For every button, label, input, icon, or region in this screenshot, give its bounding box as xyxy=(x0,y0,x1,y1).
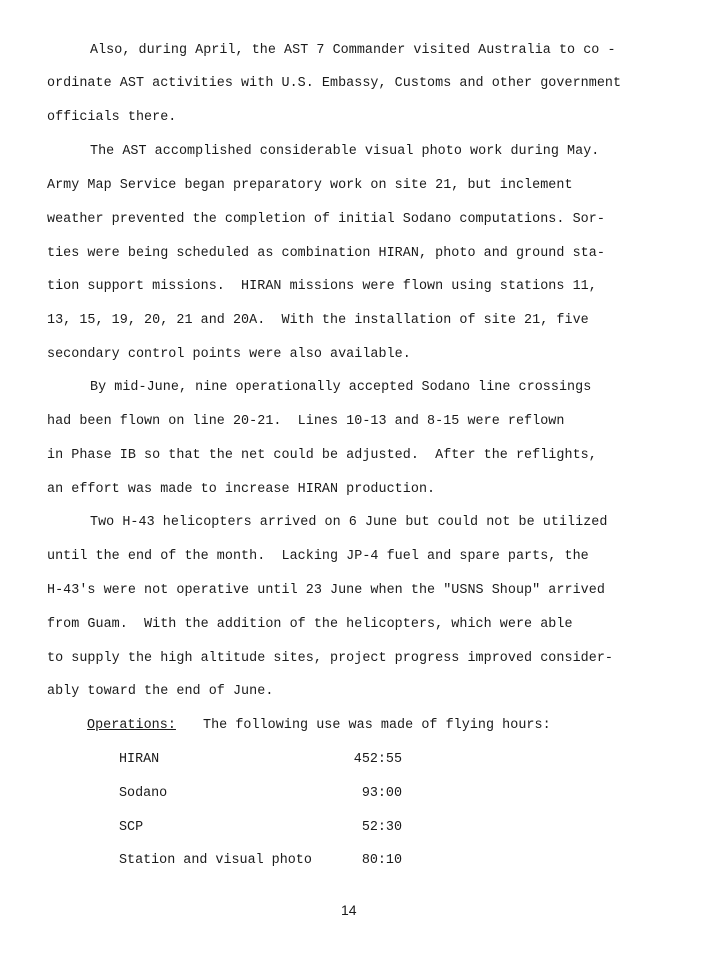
operations-intro: The following use was made of flying hou… xyxy=(203,718,551,733)
text-line: until the end of the month. Lacking JP-4… xyxy=(47,549,589,564)
text-line: officials there. xyxy=(47,110,176,125)
row-hours: 52:30 xyxy=(342,820,402,835)
text-line: 13, 15, 19, 20, 21 and 20A. With the ins… xyxy=(47,313,589,328)
row-hours: 93:00 xyxy=(342,786,402,801)
text-line: tion support missions. HIRAN missions we… xyxy=(47,279,597,294)
text-line: ordinate AST activities with U.S. Embass… xyxy=(47,76,621,91)
row-hours: 80:10 xyxy=(342,853,402,868)
text-line: Army Map Service began preparatory work … xyxy=(47,178,573,193)
row-label: SCP xyxy=(119,820,143,835)
text-line: from Guam. With the addition of the heli… xyxy=(47,617,573,632)
text-line: H-43's were not operative until 23 June … xyxy=(47,583,605,598)
row-hours: 452:55 xyxy=(342,752,402,767)
text-line: an effort was made to increase HIRAN pro… xyxy=(47,482,435,497)
text-line: By mid-June, nine operationally accepted… xyxy=(90,380,591,395)
text-line: in Phase IB so that the net could be adj… xyxy=(47,448,597,463)
operations-heading: Operations: xyxy=(87,718,176,733)
text-line: secondary control points were also avail… xyxy=(47,347,411,362)
text-line: ties were being scheduled as combination… xyxy=(47,246,605,261)
text-line: had been flown on line 20-21. Lines 10-1… xyxy=(47,414,564,429)
text-line: Also, during April, the AST 7 Commander … xyxy=(90,43,616,58)
row-label: Station and visual photo xyxy=(119,853,312,868)
row-label: HIRAN xyxy=(119,752,159,767)
text-line: Two H-43 helicopters arrived on 6 June b… xyxy=(90,515,607,530)
text-line: to supply the high altitude sites, proje… xyxy=(47,651,613,666)
text-line: The AST accomplished considerable visual… xyxy=(90,144,599,159)
text-line: weather prevented the completion of init… xyxy=(47,212,605,227)
page-number: 14 xyxy=(341,902,357,918)
row-label: Sodano xyxy=(119,786,167,801)
text-line: ably toward the end of June. xyxy=(47,684,273,699)
